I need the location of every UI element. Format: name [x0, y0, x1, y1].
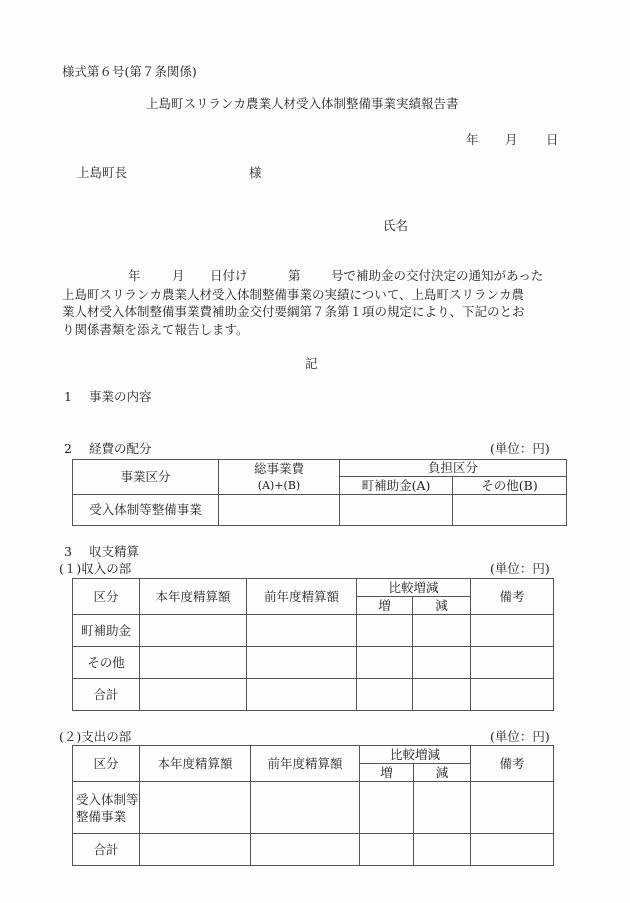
- expense-title: (２)支出の部: [59, 731, 131, 744]
- table-row: 合計: [73, 834, 554, 866]
- addressee-name: 上島町長: [77, 167, 127, 180]
- section3-title: 収支精算: [89, 546, 139, 559]
- applicant-name-label: 氏名: [383, 220, 408, 233]
- expense-table: 区分 本年度精算額 前年度精算額 比較増減 備考 増 減 受入体制等整備事業 合…: [72, 745, 554, 866]
- table-row: 合計: [73, 679, 554, 711]
- row-category: 受入体制等整備事業: [73, 495, 219, 526]
- date-month: 月: [505, 134, 518, 147]
- report-body: 年 月 日付け 第 号で補助金の交付決定の通知があった 上島町スリランカ農業人材…: [62, 268, 562, 338]
- header-town-subsidy: 町補助金(A): [340, 477, 453, 495]
- section1-title: 事業の内容: [89, 391, 152, 404]
- form-number: 様式第６号(第７条関係): [62, 66, 197, 79]
- section2-unit: (単位：円): [490, 443, 550, 456]
- income-table: 区分 本年度精算額 前年度精算額 比較増減 備考 増 減 町補助金 その他 合計: [72, 578, 554, 711]
- income-unit: (単位：円): [490, 563, 550, 576]
- table-row: その他: [73, 647, 554, 679]
- section3-num: 3: [64, 546, 72, 559]
- header-other: その他(B): [453, 477, 567, 495]
- cell-town-subsidy[interactable]: [340, 495, 453, 526]
- cell-total[interactable]: [219, 495, 340, 526]
- header-burden: 負担区分: [340, 460, 567, 477]
- income-title: (１)収入の部: [59, 563, 131, 576]
- addressee-honorific: 様: [249, 167, 262, 180]
- expense-unit: (単位：円): [490, 731, 550, 744]
- section1-num: 1: [64, 391, 72, 404]
- header-total: 総事業費(A)+(B): [219, 460, 340, 495]
- expense-allocation-table: 事業区分 総事業費(A)+(B) 負担区分 町補助金(A) その他(B) 受入体…: [72, 459, 567, 526]
- document-title: 上島町スリランカ農業人材受入体制整備事業実績報告書: [146, 98, 459, 111]
- section2-title: 経費の配分: [89, 443, 152, 456]
- header-category: 事業区分: [73, 460, 219, 495]
- section2-num: 2: [64, 443, 72, 456]
- ki-heading: 記: [305, 358, 318, 371]
- date-day: 日: [546, 134, 559, 147]
- date-year: 年: [466, 134, 479, 147]
- cell-other[interactable]: [453, 495, 567, 526]
- table-row: 町補助金: [73, 615, 554, 647]
- table-row: 受入体制等整備事業: [73, 782, 554, 834]
